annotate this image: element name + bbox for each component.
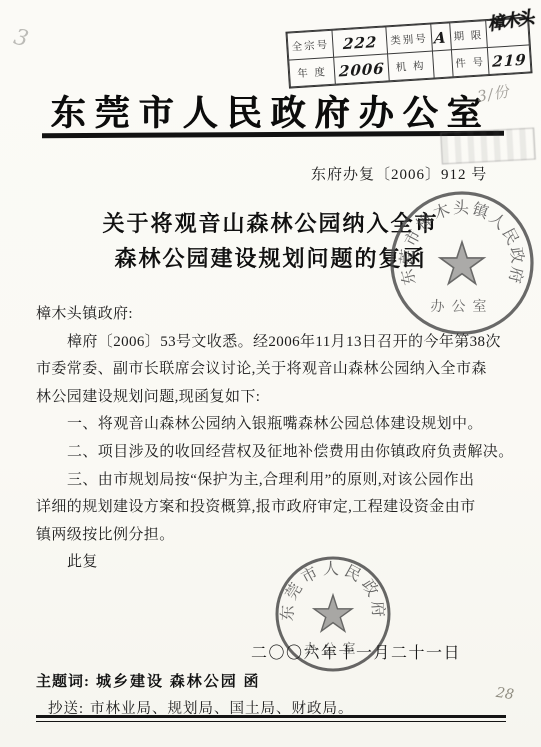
archive-value-year: 2006 bbox=[334, 54, 389, 85]
document-number: 东府办复〔2006〕912 号 bbox=[311, 163, 487, 184]
town-stamp-star-icon bbox=[440, 242, 484, 284]
body-line: 详细的规划建设方案和投资概算,报市政府审定,工程建设资金由市 bbox=[36, 494, 510, 522]
archive-label-fonds: 全宗号 bbox=[287, 30, 334, 60]
subject-keywords-line: 主题词:城乡建设 森林公园 函 bbox=[36, 670, 261, 691]
city-stamp-star-icon bbox=[314, 595, 352, 631]
handwritten-page-number: 28 bbox=[495, 685, 515, 703]
archive-value-item: 219 bbox=[488, 45, 531, 75]
city-government-stamp: 东莞市人民政府 办公室 bbox=[266, 551, 400, 685]
body-line: 镇两级按比例分担。 bbox=[36, 522, 510, 550]
archive-value-org bbox=[433, 50, 453, 78]
subject-value: 城乡建设 森林公园 函 bbox=[96, 674, 261, 690]
body-line: 市委常委、副市长联席会议讨论,关于将观音山森林公园纳入全市森 bbox=[36, 356, 510, 384]
archive-label-duration: 期 限 bbox=[449, 21, 487, 50]
body-line: 三、由市规划局按“保护为主,合理利用”的原则,对该公园作出 bbox=[36, 467, 510, 495]
archive-label-item: 件 号 bbox=[451, 48, 489, 77]
body-line: 二、项目涉及的收回经营权及征地补偿费用由你镇政府负责解决。 bbox=[36, 439, 510, 467]
archive-label-category: 类别号 bbox=[386, 24, 433, 54]
archive-label-year: 年 度 bbox=[289, 57, 336, 87]
archive-stamp-table: 全宗号 222 类别号 A 期 限 年 度 2006 机 构 件 号 219 樟… bbox=[285, 16, 532, 88]
archive-value-fonds: 222 bbox=[332, 27, 387, 58]
archive-value-category: A bbox=[431, 23, 451, 51]
archive-label-org: 机 构 bbox=[387, 51, 434, 81]
document-body: 樟木头镇政府: 樟府〔2006〕53号文收悉。经2006年11月13日召开的今年… bbox=[36, 301, 510, 577]
document-date: 二〇〇六年十一月二十一日 bbox=[251, 640, 461, 663]
subject-label: 主题词: bbox=[36, 674, 90, 690]
handwritten-mark-top-left: 3 bbox=[11, 25, 31, 53]
faint-rect-stamp bbox=[440, 128, 536, 165]
body-line: 一、将观音山森林公园纳入银瓶嘴森林公园总体建设规划中。 bbox=[36, 411, 510, 439]
scanned-document-page: 3 全宗号 222 类别号 A 期 限 年 度 2006 机 构 件 号 219… bbox=[0, 0, 541, 747]
letterhead-rule bbox=[42, 131, 504, 138]
footer-rule bbox=[36, 715, 506, 722]
letterhead-org-name: 东莞市人民政府办公室 bbox=[0, 86, 541, 136]
body-line: 林公园建设规划问题,现函复如下: bbox=[36, 384, 510, 412]
salutation: 樟木头镇政府: bbox=[36, 301, 510, 329]
body-line: 樟府〔2006〕53号文收悉。经2006年11月13日召开的今年第38次 bbox=[36, 329, 510, 357]
